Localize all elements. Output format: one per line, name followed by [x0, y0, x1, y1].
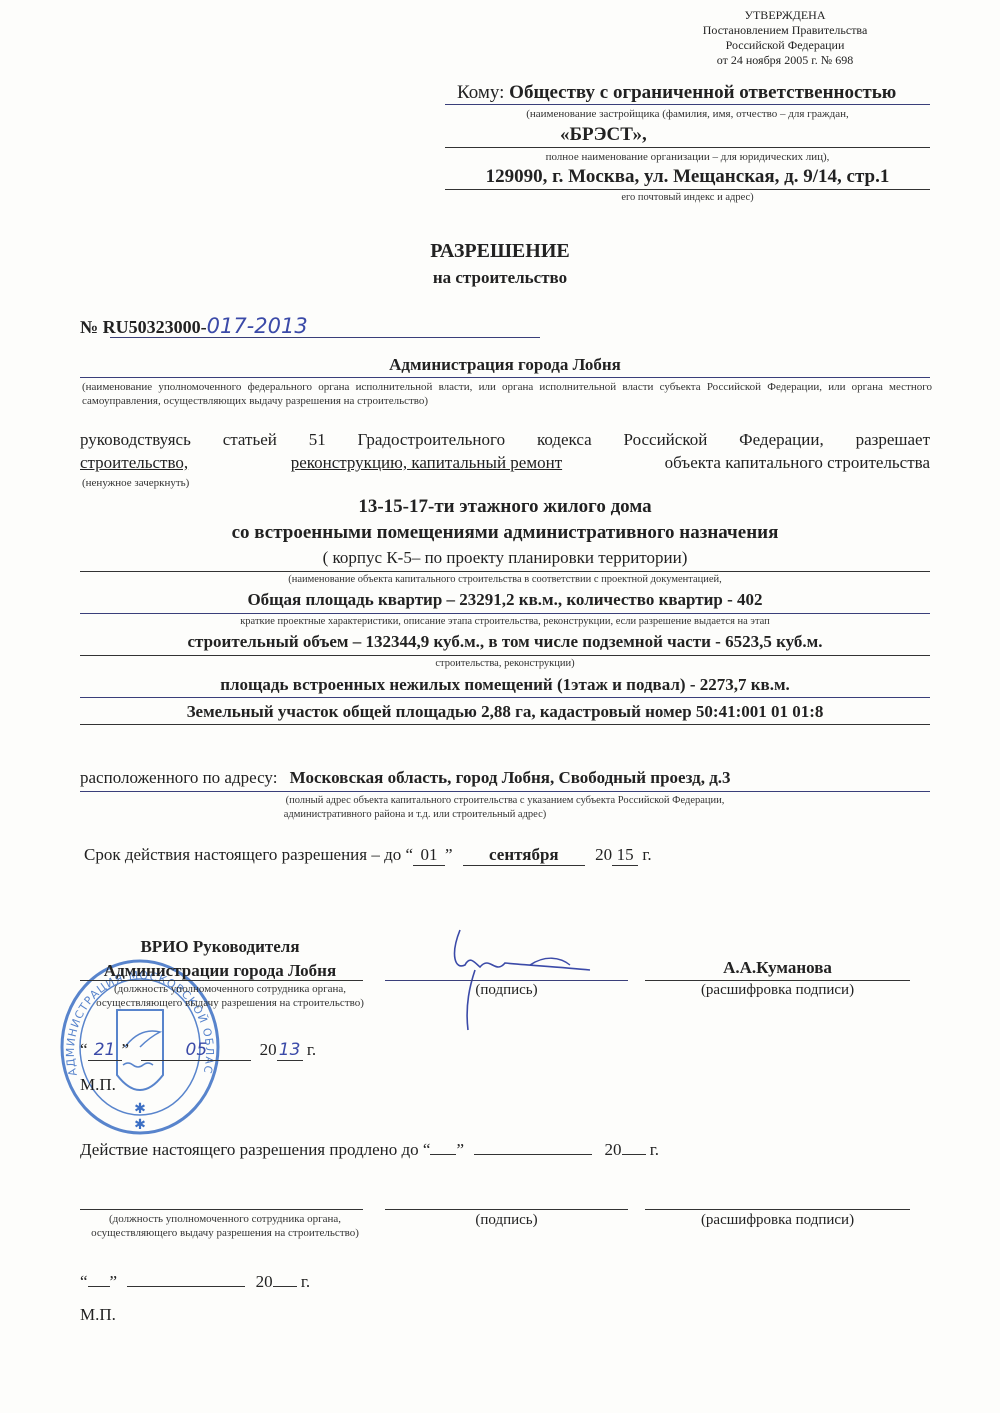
svg-text:✱: ✱: [134, 1117, 146, 1133]
signer-position: ВРИО Руководителя Администрации города Л…: [80, 935, 360, 983]
issuer-hint: (наименование уполномоченного федерально…: [82, 380, 932, 408]
approval-block: УТВЕРЖДЕНА Постановлением Правительства …: [660, 8, 910, 68]
divider: [80, 655, 930, 656]
extension-position-hint: (должность уполномоченного сотрудника ор…: [85, 1212, 365, 1240]
signer-name: А.А.Куманова: [645, 958, 910, 978]
object-name-3: ( корпус К-5– по проекту планировки терр…: [80, 548, 930, 568]
recipient-hint: его почтовый индекс и адрес): [445, 192, 930, 203]
approval-line: от 24 ноября 2005 г. № 698: [660, 53, 910, 68]
extension-date-day-blank[interactable]: [88, 1286, 110, 1287]
object-hint: краткие проектные характеристики, описан…: [80, 616, 930, 627]
divider: [110, 337, 540, 338]
signature-hint: (подпись): [385, 982, 628, 999]
validity-year-suffix: 15: [612, 845, 638, 866]
extension-date-year-blank[interactable]: [273, 1286, 297, 1287]
extension-stamp-label: М.П.: [80, 1305, 116, 1325]
building-volume: строительный объем – 132344,9 куб.м., в …: [80, 632, 930, 652]
svg-text:✱: ✱: [134, 1101, 146, 1117]
extension-name-blank[interactable]: [645, 1209, 910, 1210]
divider: [445, 104, 930, 105]
apartment-area: Общая площадь квартир – 23291,2 кв.м., к…: [80, 590, 930, 610]
recipient-hint: полное наименование организации – для юр…: [445, 151, 930, 163]
permit-number-printed: RU50323000-: [103, 317, 207, 337]
extension-year-blank[interactable]: [622, 1154, 646, 1155]
validity-text: Срок действия настоящего разрешения – до: [84, 845, 401, 864]
location-hint-line: (полный адрес объекта капитального строи…: [80, 794, 930, 808]
struck-options: реконструкцию, капитальный ремонт: [291, 453, 562, 473]
extension-date-unit: г.: [301, 1272, 310, 1291]
divider: [80, 697, 930, 698]
signer-name-hint: (расшифровка подписи): [645, 982, 910, 999]
body-line-2: строительство, реконструкцию, капитальны…: [80, 453, 930, 473]
permit-number: № RU50323000-017-2013: [80, 314, 308, 338]
document-subtitle: на строительство: [0, 268, 1000, 288]
object-hint: строительства, реконструкции): [80, 658, 930, 669]
extension-line: Действие настоящего разрешения продлено …: [80, 1140, 659, 1160]
issuer-name: Администрация города Лобня: [80, 355, 930, 375]
location-label: расположенного по адресу:: [80, 768, 277, 787]
document-title: РАЗРЕШЕНИЕ: [0, 240, 1000, 263]
extension-name-hint: (расшифровка подписи): [645, 1212, 910, 1229]
validity-day: 01: [413, 845, 445, 866]
signature-date-day: 21: [88, 1040, 122, 1061]
validity-year-unit: г.: [642, 845, 651, 864]
divider: [645, 980, 910, 981]
kept-option: строительство,: [80, 453, 188, 473]
approval-line: Постановлением Правительства: [660, 23, 910, 38]
extension-position-blank[interactable]: [80, 1209, 363, 1210]
location-address: Московская область, город Лобня, Свободн…: [290, 768, 731, 787]
approval-line: Российской Федерации: [660, 38, 910, 53]
body-line-1: руководствуясь статьей 51 Градостроитель…: [80, 430, 930, 450]
recipient-name-2: «БРЭСТ»,: [560, 124, 647, 146]
signer-position-line: ВРИО Руководителя: [80, 935, 360, 959]
signature-date-year-suffix: 13: [277, 1040, 303, 1061]
extension-date-year-prefix: 20: [256, 1272, 273, 1291]
object-name-1: 13-15-17-ти этажного жилого дома: [80, 496, 930, 518]
location-hint-line: административного района и т.д. или стро…: [80, 808, 750, 822]
position-hint: (должность уполномоченного сотрудника ор…: [95, 982, 365, 1010]
divider: [80, 980, 363, 981]
signature-date: “21” 05 2013 г.: [80, 1040, 316, 1061]
extension-month-blank[interactable]: [474, 1154, 592, 1155]
recipient-name: Обществу с ограниченной ответственностью: [509, 82, 896, 103]
validity-line: Срок действия настоящего разрешения – до…: [84, 845, 652, 866]
signature-date-year-prefix: 20: [260, 1040, 277, 1059]
object-name-2: со встроенными помещениями административ…: [80, 522, 930, 544]
recipient-label: Кому:: [457, 82, 504, 103]
recipient-address: 129090, г. Москва, ул. Мещанская, д. 9/1…: [445, 166, 930, 188]
validity-year-prefix: 20: [595, 845, 612, 864]
permit-number-handwritten: 017-2013: [207, 314, 308, 338]
validity-month: сентября: [463, 845, 585, 866]
approval-title: УТВЕРЖДЕНА: [660, 8, 910, 23]
location-hint: (полный адрес объекта капитального строи…: [80, 794, 930, 822]
nonresidential-area: площадь встроенных нежилых помещений (1э…: [80, 675, 930, 695]
object-hint: (наименование объекта капитального строи…: [80, 574, 930, 585]
extension-year-unit: г.: [650, 1140, 659, 1159]
extension-signature-blank[interactable]: [385, 1209, 628, 1210]
signature-date-month: 05: [141, 1040, 251, 1061]
extension-date-month-blank[interactable]: [127, 1286, 245, 1287]
extension-day-blank[interactable]: [430, 1154, 456, 1155]
divider: [80, 724, 930, 725]
stamp-label: М.П.: [80, 1075, 116, 1095]
divider: [80, 571, 930, 572]
divider: [80, 377, 930, 378]
number-sign: №: [80, 317, 98, 337]
divider: [445, 147, 930, 148]
signature-date-unit: г.: [307, 1040, 316, 1059]
divider: [80, 613, 930, 614]
extension-text: Действие настоящего разрешения продлено …: [80, 1140, 419, 1159]
extension-signature-hint: (подпись): [385, 1212, 628, 1229]
land-plot: Земельный участок общей площадью 2,88 га…: [80, 702, 930, 722]
divider: [385, 980, 628, 981]
recipient-line: Кому: Обществу с ограниченной ответствен…: [445, 82, 930, 104]
divider: [445, 189, 930, 190]
location-line: расположенного по адресу: Московская обл…: [80, 768, 930, 788]
extension-date: “” 20 г.: [80, 1272, 310, 1292]
extension-year-prefix: 20: [605, 1140, 622, 1159]
recipient-hint: (наименование застройщика (фамилия, имя,…: [445, 108, 930, 120]
divider: [80, 791, 930, 792]
body-tail: объекта капитального строительства: [665, 453, 930, 473]
strike-hint: (ненужное зачеркнуть): [82, 477, 189, 489]
